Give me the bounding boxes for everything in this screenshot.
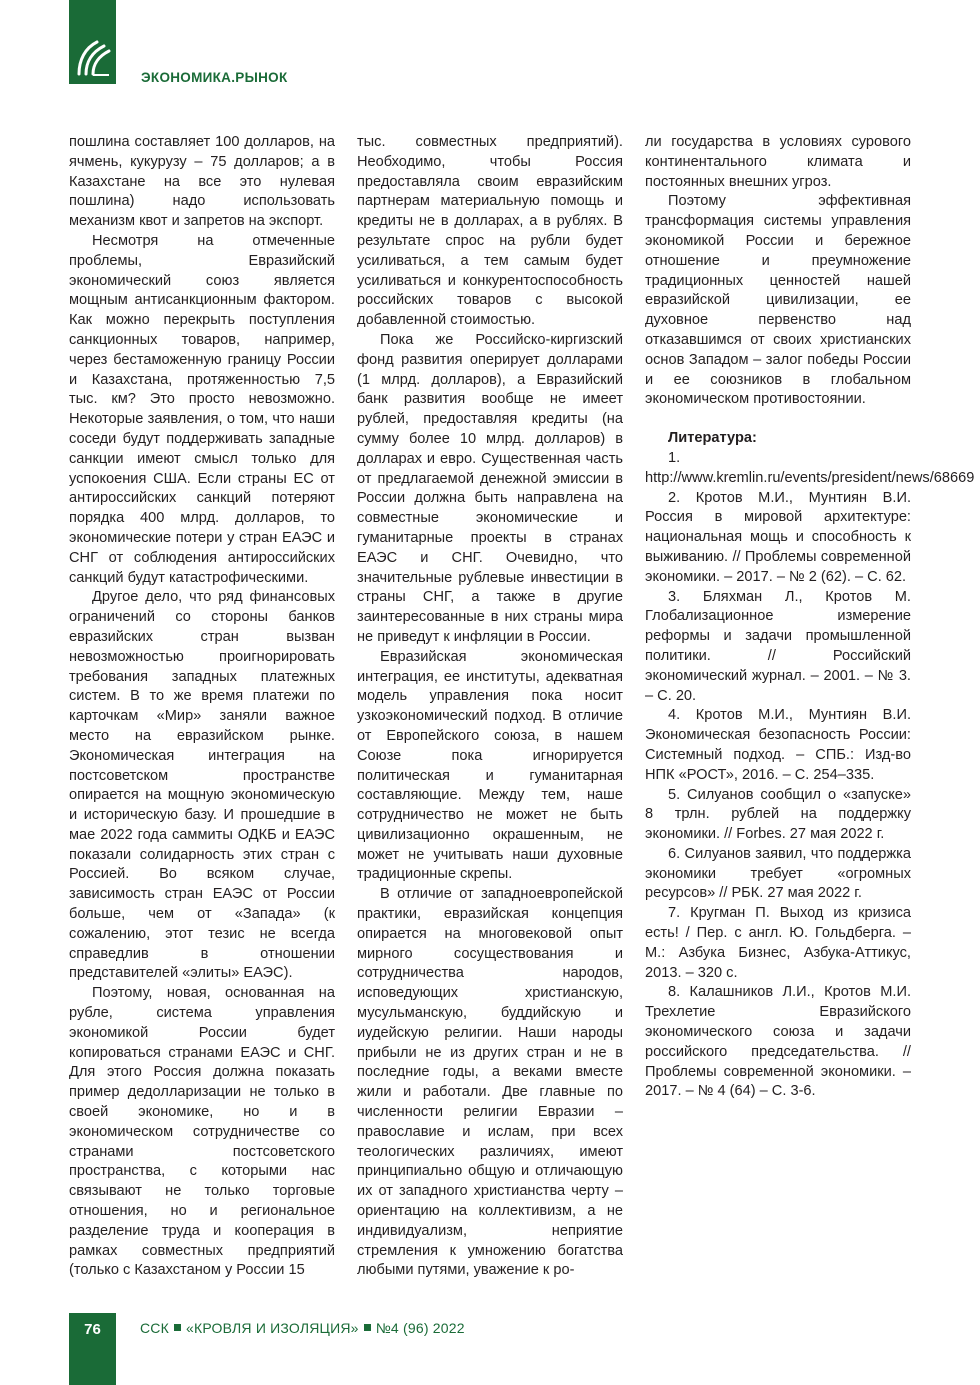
- reference-item: 2. Кротов М.И., Мунтиян В.И. Россия в ми…: [645, 489, 911, 588]
- page-number: 76: [69, 1321, 116, 1338]
- paragraph: Другое дело, что ряд финансовых ограниче…: [69, 588, 335, 984]
- header-green-bar: [69, 0, 116, 84]
- paragraph: Несмотря на отмеченные проблемы, Евразий…: [69, 232, 335, 588]
- paragraph: Пока же Российско-киргизский фонд развит…: [357, 331, 623, 648]
- reference-item: 8. Калашников Л.И., Кротов М.И. Трехлети…: [645, 983, 911, 1102]
- footer-issue: №4 (96) 2022: [376, 1320, 465, 1336]
- footer-magazine: «КРОВЛЯ И ИЗОЛЯЦИЯ»: [186, 1320, 359, 1336]
- section-title: ЭКОНОМИКА.РЫНОК: [141, 70, 288, 85]
- paragraph: Поэтому, новая, основанная на рубле, сис…: [69, 984, 335, 1281]
- references-heading: Литература:: [645, 429, 911, 449]
- footer-green-bar: 76: [69, 1313, 116, 1385]
- square-bullet-icon: [364, 1324, 371, 1331]
- paragraph: Евразийская экономическая интеграция, ее…: [357, 648, 623, 886]
- reference-item: 4. Кротов М.И., Мунтиян В.И. Экономическ…: [645, 706, 911, 785]
- square-bullet-icon: [174, 1324, 181, 1331]
- article-column-3: ли государства в условиях сурового конти…: [645, 133, 911, 1102]
- leaf-stripes-logo-icon: [75, 38, 111, 78]
- reference-item: 5. Силуанов сообщил о «запуске» 8 трлн. …: [645, 786, 911, 845]
- paragraph: Поэтому эффективная трансформация систем…: [645, 192, 911, 410]
- paragraph: пошлина составляет 100 долларов, на ячме…: [69, 133, 335, 232]
- article-column-1: пошлина составляет 100 долларов, на ячме…: [69, 133, 335, 1281]
- reference-item[interactable]: 1. http://www.kremlin.ru/events/presiden…: [645, 449, 911, 489]
- article-column-2: тыс. совместных предприятий). Необходимо…: [357, 133, 623, 1281]
- paragraph: ли государства в условиях сурового конти…: [645, 133, 911, 192]
- paragraph: тыс. совместных предприятий). Необходимо…: [357, 133, 623, 331]
- paragraph: В отличие от западноевропейской практики…: [357, 885, 623, 1281]
- reference-item: 3. Бляхман Л., Кротов М. Глобализационно…: [645, 588, 911, 707]
- reference-item: 7. Кругман П. Выход из кризиса есть! / П…: [645, 904, 911, 983]
- footer-publisher: ССК: [140, 1320, 169, 1336]
- footer-publication: ССК«КРОВЛЯ И ИЗОЛЯЦИЯ»№4 (96) 2022: [140, 1320, 465, 1336]
- reference-item: 6. Силуанов заявил, что поддержка эконом…: [645, 845, 911, 904]
